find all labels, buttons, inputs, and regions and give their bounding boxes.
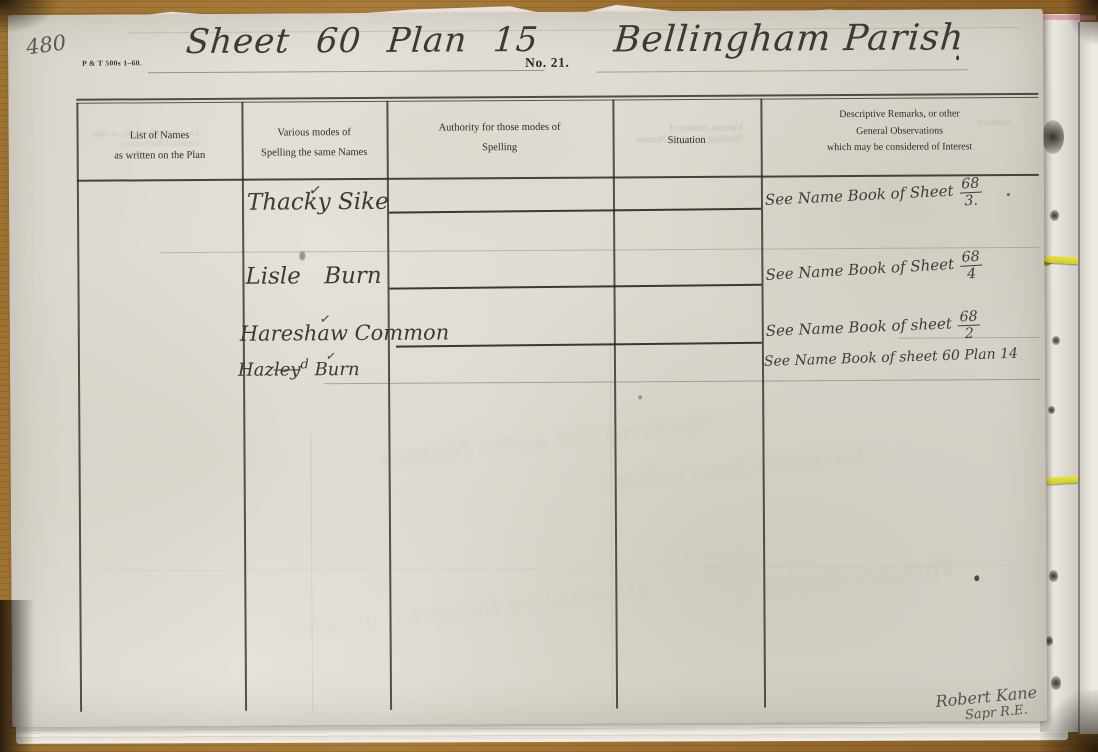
name-superscript-correction: d	[300, 357, 308, 372]
plan-word: Plan	[386, 20, 469, 61]
sheet-plan-title: Sheet60Plan15	[184, 20, 566, 62]
ghost-line: Descriptive Remarks, or other	[91, 128, 200, 139]
sheet-number: 60	[314, 21, 363, 61]
print-reference: P & T 500s 1–60.	[82, 58, 142, 67]
ghost-line: Spelling the same Names	[637, 134, 744, 146]
ink-speck	[1007, 193, 1010, 196]
sheet-fraction: 683.	[959, 177, 983, 210]
binding-hole	[1050, 210, 1059, 221]
ghost-line: General Observations	[91, 138, 200, 149]
fraction-numerator: 68	[959, 250, 982, 268]
ghost-text: Descriptive Remarks, or other General Ob…	[91, 128, 200, 149]
fraction-denominator: 4	[967, 266, 977, 282]
name-part: Haz	[238, 360, 274, 381]
fraction-numerator: 68	[959, 177, 982, 194]
column-header-remarks: Descriptive Remarks, or other General Ob…	[760, 106, 1038, 157]
fraction-denominator: 2	[964, 326, 974, 342]
parish-underline	[596, 69, 968, 72]
column-rule	[76, 103, 81, 712]
entry-name: Hazleyd Burn	[238, 357, 360, 381]
ink-speck	[956, 55, 959, 60]
name-book-page: 480 P & T 500s 1–60. Sheet60Plan15 No. 2…	[8, 9, 1047, 727]
ink-speck	[638, 395, 642, 399]
entry-remark: See Name Book of sheet 60 Plan 14	[764, 346, 1018, 370]
column-rule	[241, 102, 246, 711]
ribbon-sliver	[1036, 14, 1096, 20]
binding-hole	[1049, 570, 1058, 582]
header-line: Spelling the same Names	[242, 143, 387, 164]
column-rule	[612, 99, 617, 708]
sheet-word: Sheet	[184, 21, 291, 62]
ghost-text: Various modes of Spelling the same Names	[637, 123, 744, 146]
title-underline	[148, 70, 544, 73]
parish-title: Bellingham Parish	[612, 17, 966, 60]
binding-hole	[1051, 676, 1061, 690]
header-line: Authority for those modes of	[386, 117, 612, 138]
ghost-blob: General Observations	[598, 440, 864, 497]
entry-name: Thacky Sike	[247, 189, 389, 216]
entry-name: Lisle Burn	[245, 263, 381, 290]
fraction-denominator: 3.	[964, 193, 978, 209]
ghost-blob: Descriptive Remarks, or other	[279, 576, 648, 645]
name-book-table: List of Names as written on the Plan Var…	[76, 93, 1042, 715]
ink-speck	[974, 575, 979, 581]
ink-smudge	[299, 251, 305, 260]
remark-text: See Name Book of sheet	[765, 314, 952, 340]
ghost-text: Authority	[976, 117, 1011, 127]
folio-number: 480	[25, 30, 68, 59]
blank-entry-rule	[389, 208, 761, 214]
blank-entry-rule	[390, 284, 762, 290]
page-number-label: No. 21.	[525, 55, 569, 71]
name-part: Burn	[314, 359, 359, 380]
remark-text: See Name Book of sheet 60 Plan 14	[764, 346, 1018, 370]
entry-remark: See Name Book of Sheet684	[765, 248, 983, 292]
ghost-line: Various modes of	[637, 123, 744, 135]
desk-scene: 480 P & T 500s 1–60. Sheet60Plan15 No. 2…	[0, 0, 1098, 752]
pencil-entry-line	[324, 379, 1040, 384]
ghost-line: Authority	[976, 117, 1011, 127]
header-line: which may be considered of Interest	[761, 139, 1039, 157]
sheet-fraction: 684	[959, 250, 983, 283]
column-header-spelling: Various modes of Spelling the same Names	[242, 123, 387, 164]
header-line: Various modes of	[242, 123, 387, 144]
fraction-numerator: 68	[957, 310, 980, 327]
header-line: Spelling	[387, 137, 613, 158]
name-struck-part: ley	[274, 359, 301, 380]
binding-hole	[1048, 406, 1055, 414]
remark-text: See Name Book of Sheet	[765, 182, 954, 209]
blank-entry-rule	[396, 342, 762, 348]
facing-page-edge	[1078, 22, 1098, 734]
binding-hole	[1042, 120, 1064, 154]
remark-text: See Name Book of Sheet	[765, 255, 954, 284]
entry-remark: See Name Book of Sheet683.	[764, 175, 982, 217]
entry-remark: See Name Book of sheet682	[765, 308, 980, 348]
column-header-authority: Authority for those modes of Spelling	[386, 117, 612, 158]
binding-hole	[1052, 336, 1060, 345]
header-line: as written on the Plan	[79, 146, 241, 167]
entry-name: Hareshaw Common	[240, 320, 450, 345]
